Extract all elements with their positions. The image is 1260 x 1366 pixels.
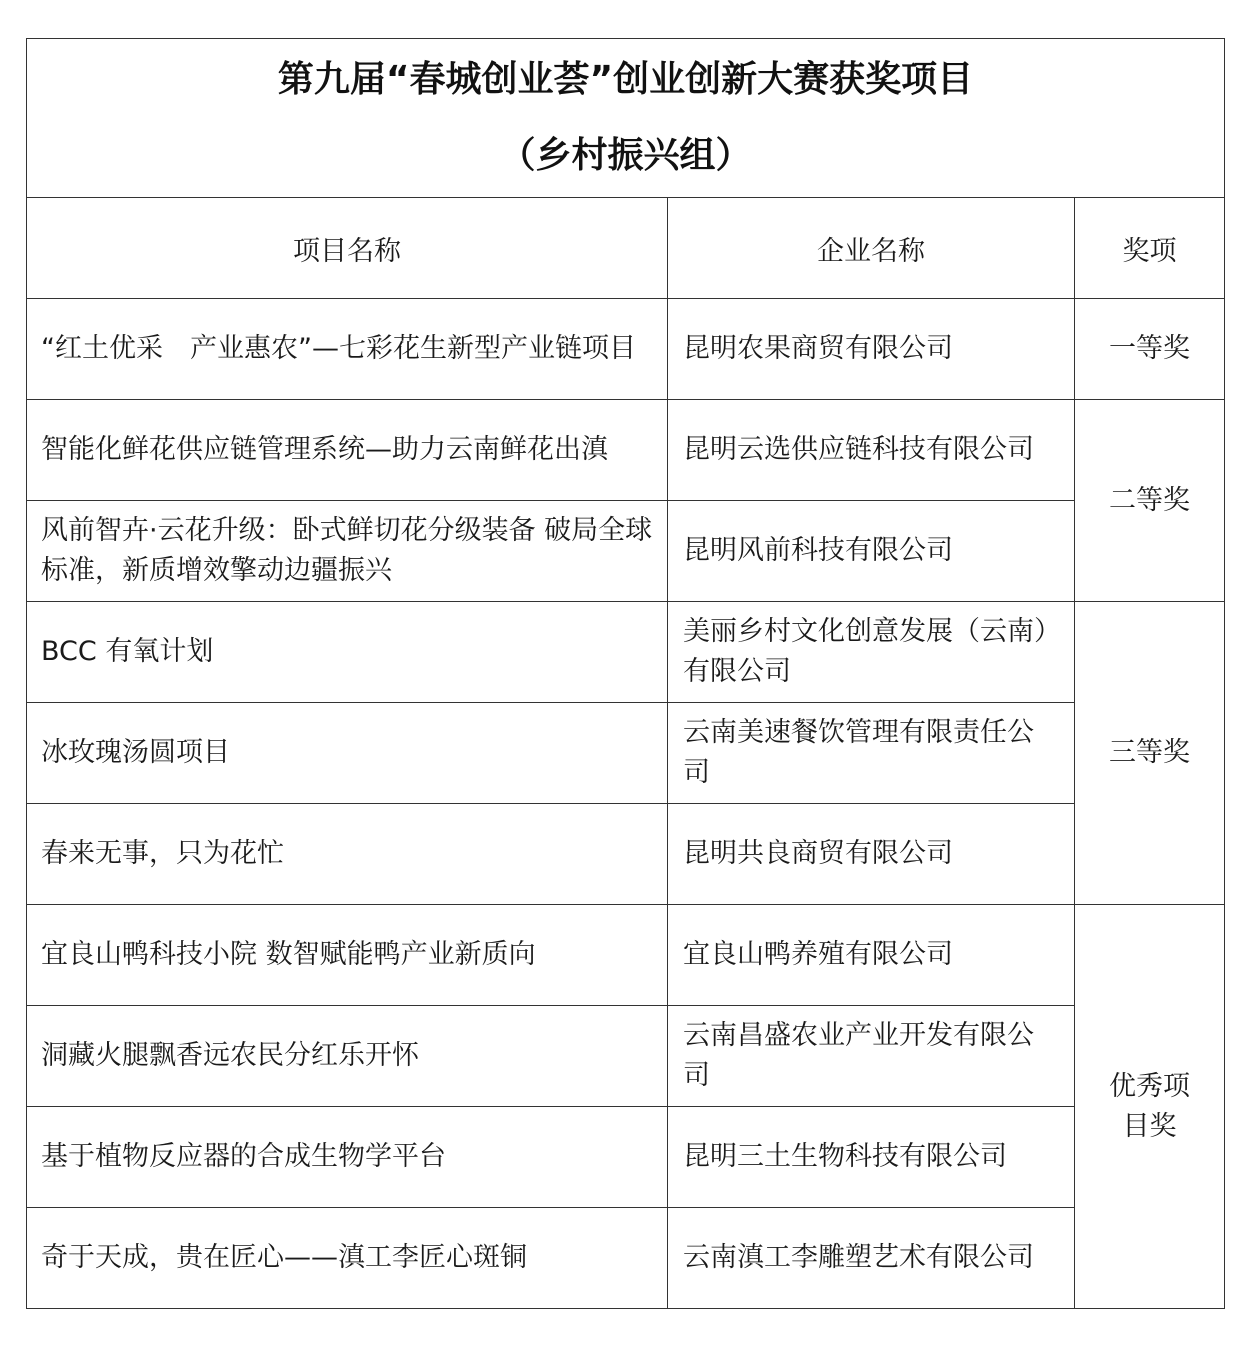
table-row: “红土优采 产业惠农”—七彩花生新型产业链项目 昆明农果商贸有限公司 一等奖 [27,299,1225,400]
award-cell-third-prize: 三等奖 [1075,602,1225,905]
table-row: 奇于天成，贵在匠心——滇工李匠心斑铜 云南滇工李雕塑艺术有限公司 [27,1208,1225,1309]
company-name-cell: 昆明农果商贸有限公司 [668,299,1075,400]
table-row: 基于植物反应器的合成生物学平台 昆明三土生物科技有限公司 [27,1107,1225,1208]
header-row: 项目名称 企业名称 奖项 [27,198,1225,299]
project-name-cell: 奇于天成，贵在匠心——滇工李匠心斑铜 [27,1208,668,1309]
project-name-cell: 风前智卉·云花升级：卧式鲜切花分级装备 破局全球标准，新质增效擎动边疆振兴 [27,501,668,602]
company-name-cell: 昆明三土生物科技有限公司 [668,1107,1075,1208]
title-row: 第九届“春城创业荟”创业创新大赛获奖项目 （乡村振兴组） [27,39,1225,198]
column-header-award: 奖项 [1075,198,1225,299]
award-cell-first-prize: 一等奖 [1075,299,1225,400]
company-name-cell: 昆明共良商贸有限公司 [668,804,1075,905]
column-header-project: 项目名称 [27,198,668,299]
title-cell: 第九届“春城创业荟”创业创新大赛获奖项目 （乡村振兴组） [27,39,1225,198]
award-cell-second-prize: 二等奖 [1075,400,1225,602]
project-name-cell: 宜良山鸭科技小院 数智赋能鸭产业新质向 [27,905,668,1006]
award-list-document: 第九届“春城创业荟”创业创新大赛获奖项目 （乡村振兴组） 项目名称 企业名称 奖… [26,38,1224,1309]
project-name-cell: 基于植物反应器的合成生物学平台 [27,1107,668,1208]
company-name-cell: 昆明风前科技有限公司 [668,501,1075,602]
table-row: BCC 有氧计划 美丽乡村文化创意发展（云南）有限公司 三等奖 [27,602,1225,703]
project-name-cell: 冰玫瑰汤圆项目 [27,703,668,804]
table-row: 智能化鲜花供应链管理系统—助力云南鲜花出滇 昆明云选供应链科技有限公司 二等奖 [27,400,1225,501]
table-row: 风前智卉·云花升级：卧式鲜切花分级装备 破局全球标准，新质增效擎动边疆振兴 昆明… [27,501,1225,602]
document-title: 第九届“春城创业荟”创业创新大赛获奖项目 [27,60,1224,100]
project-name-cell: BCC 有氧计划 [27,602,668,703]
company-name-cell: 宜良山鸭养殖有限公司 [668,905,1075,1006]
project-name-cell: 洞藏火腿飘香远农民分红乐开怀 [27,1006,668,1107]
table-row: 春来无事，只为花忙 昆明共良商贸有限公司 [27,804,1225,905]
project-name-cell: 春来无事，只为花忙 [27,804,668,905]
project-name-cell: “红土优采 产业惠农”—七彩花生新型产业链项目 [27,299,668,400]
table-row: 洞藏火腿飘香远农民分红乐开怀 云南昌盛农业产业开发有限公司 [27,1006,1225,1107]
award-label-excellence: 优秀项目奖 [1102,1067,1198,1147]
award-table: 第九届“春城创业荟”创业创新大赛获奖项目 （乡村振兴组） 项目名称 企业名称 奖… [26,38,1225,1309]
project-name-cell: 智能化鲜花供应链管理系统—助力云南鲜花出滇 [27,400,668,501]
company-name-cell: 云南滇工李雕塑艺术有限公司 [668,1208,1075,1309]
column-header-company: 企业名称 [668,198,1075,299]
company-name-cell: 昆明云选供应链科技有限公司 [668,400,1075,501]
award-cell-excellence-prize: 优秀项目奖 [1075,905,1225,1309]
company-name-cell: 美丽乡村文化创意发展（云南）有限公司 [668,602,1075,703]
table-row: 宜良山鸭科技小院 数智赋能鸭产业新质向 宜良山鸭养殖有限公司 优秀项目奖 [27,905,1225,1006]
table-row: 冰玫瑰汤圆项目 云南美速餐饮管理有限责任公司 [27,703,1225,804]
company-name-cell: 云南美速餐饮管理有限责任公司 [668,703,1075,804]
document-subtitle: （乡村振兴组） [27,136,1224,176]
company-name-cell: 云南昌盛农业产业开发有限公司 [668,1006,1075,1107]
